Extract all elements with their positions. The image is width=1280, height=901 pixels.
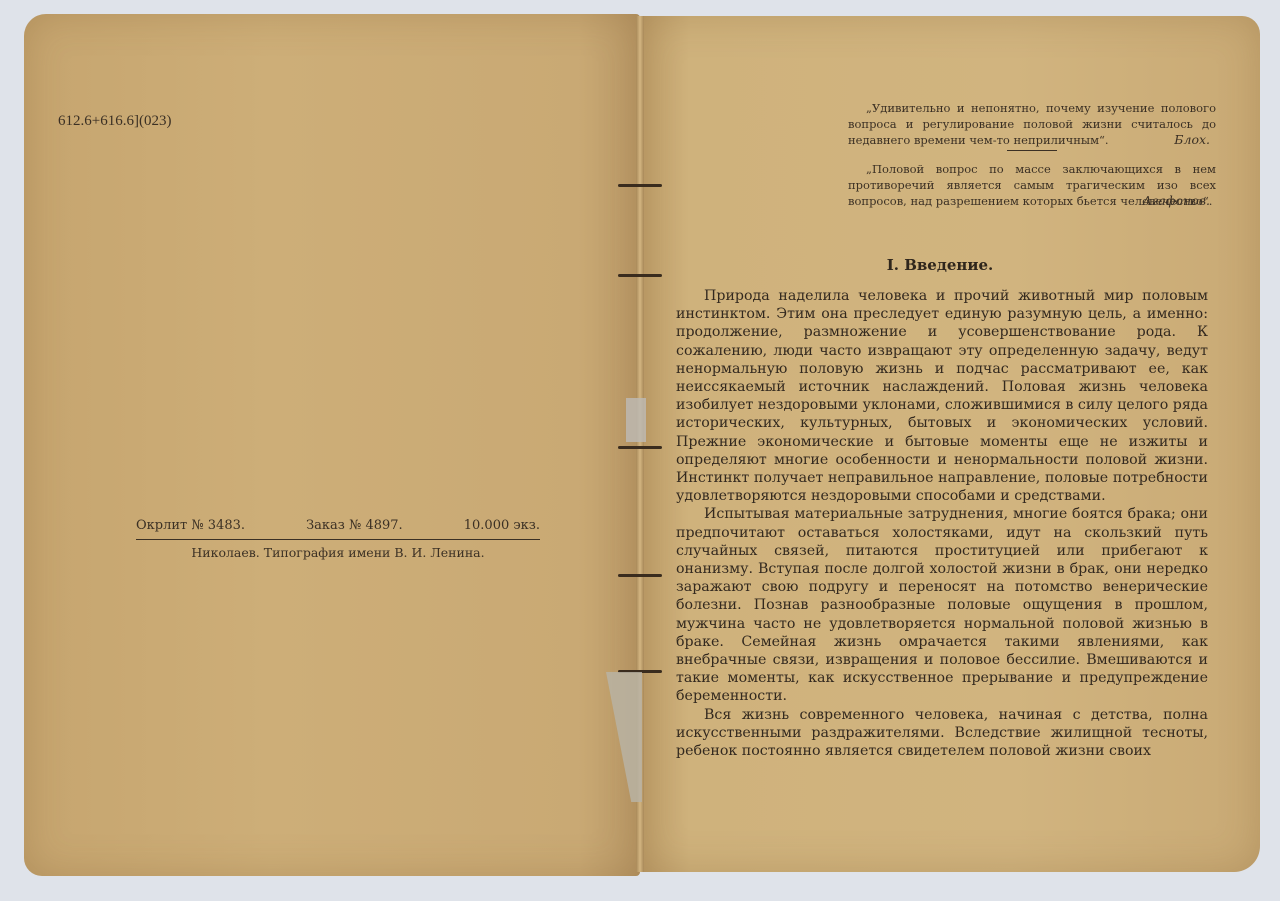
okrlit-number: Окрлит № 3483.	[136, 518, 245, 533]
order-number: Заказ № 4897.	[306, 518, 403, 533]
paragraph: Вся жизнь современного человека, начиная…	[676, 706, 1208, 761]
epigraph: „Удивительно и непонятно, почему изучени…	[848, 100, 1216, 148]
binding-stitch	[618, 184, 662, 187]
epigraph-divider	[1007, 150, 1057, 151]
print-run: 10.000 экз.	[464, 518, 540, 533]
printer-line: Николаев. Типография имени В. И. Ленина.	[136, 545, 540, 560]
classification-code: 612.6+616.6](023)	[58, 113, 171, 130]
paper-tear	[626, 398, 646, 442]
chapter-body: Природа наделила человека и прочий живот…	[676, 287, 1208, 760]
paragraph: Испытывая материальные затруднения, мног…	[676, 505, 1208, 705]
binding-stitch	[618, 274, 662, 277]
binding-stitch	[618, 446, 662, 449]
chapter-title: I. Введение.	[660, 256, 1220, 274]
imprint-block: Окрлит № 3483. Заказ № 4897. 10.000 экз.…	[136, 518, 540, 560]
left-page	[24, 14, 640, 876]
paragraph: Природа наделила человека и прочий живот…	[676, 287, 1208, 505]
open-book: 612.6+616.6](023) Окрлит № 3483. Заказ №…	[0, 0, 1280, 901]
epigraphs: „Удивительно и непонятно, почему изучени…	[848, 100, 1216, 209]
epigraph: „Половой вопрос по массе заключающихся в…	[848, 161, 1216, 209]
binding-stitch	[618, 574, 662, 577]
